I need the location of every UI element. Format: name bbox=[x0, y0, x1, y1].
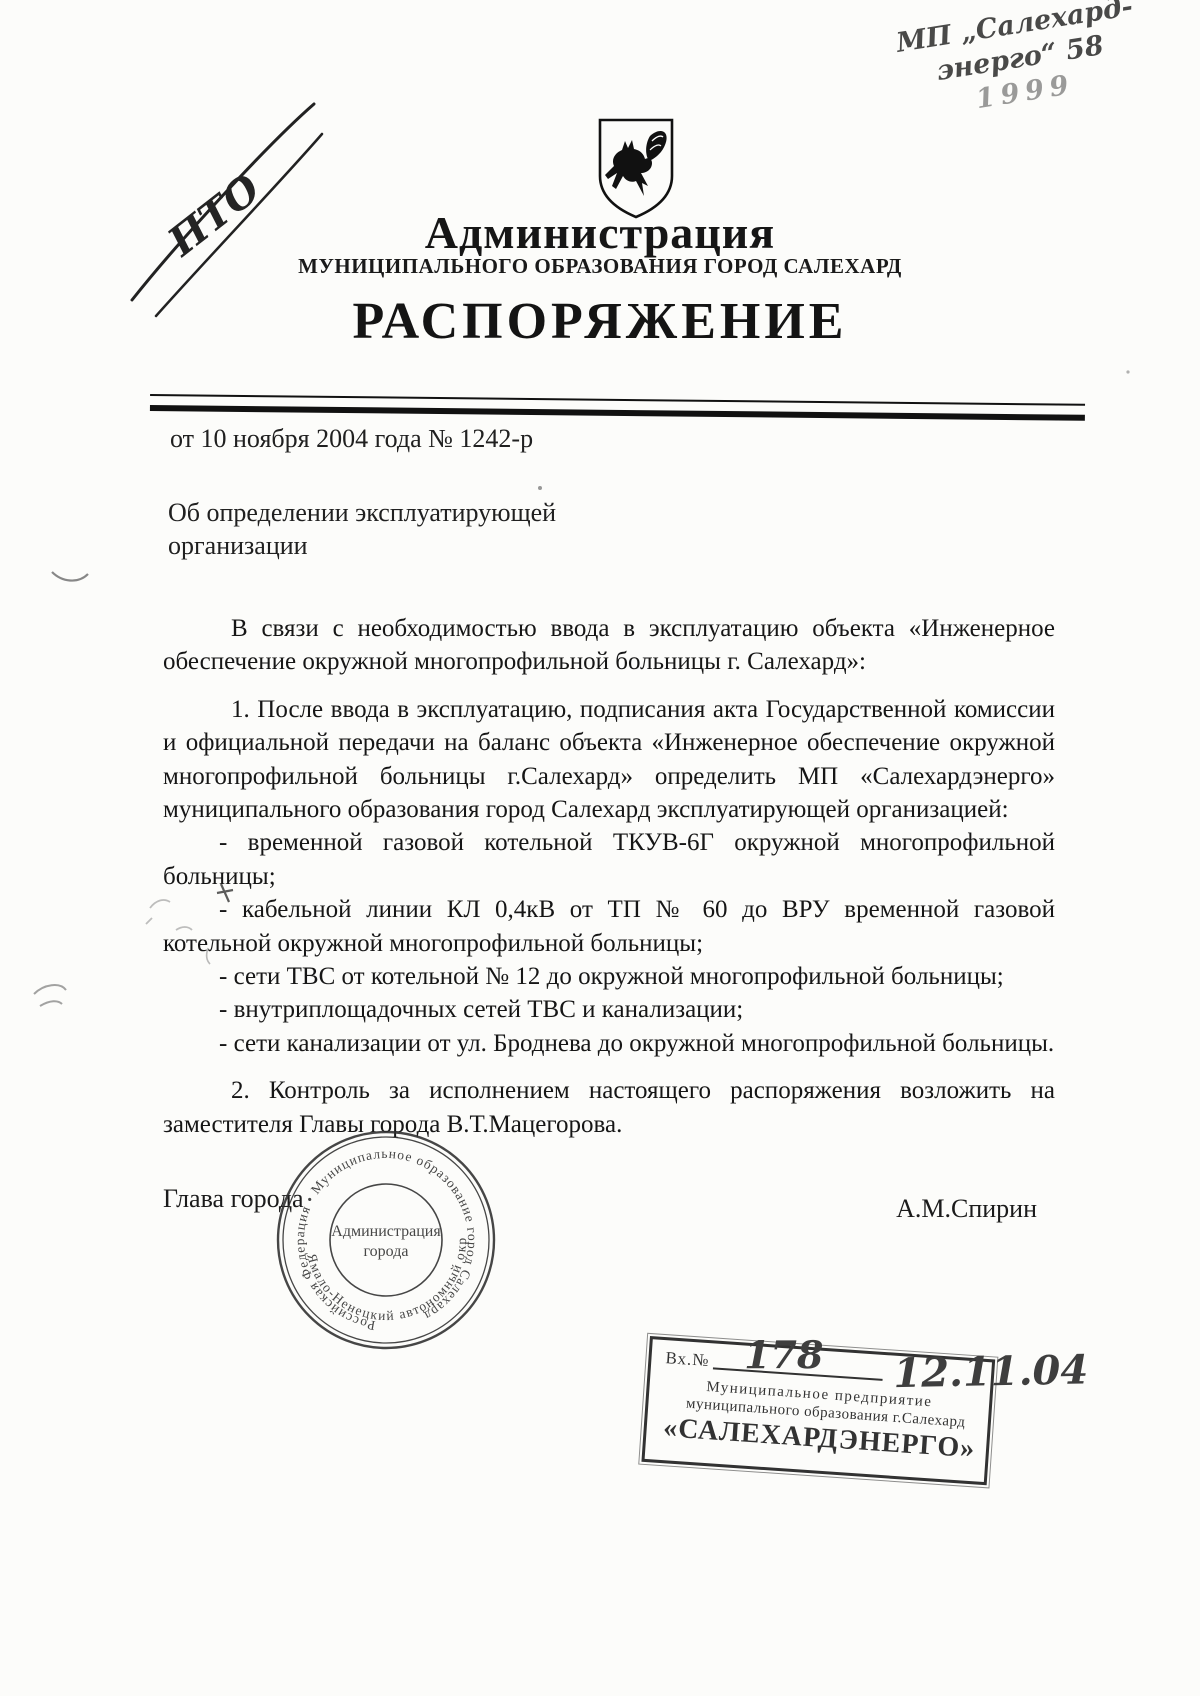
intro-paragraph: В связи с необходимостью ввода в эксплуа… bbox=[163, 612, 1055, 679]
header-divider-rule bbox=[150, 394, 1085, 421]
list-item: - сети ТВС от котельной № 12 до окружной… bbox=[163, 960, 1055, 993]
list-item: - временной газовой котельной ТКУВ-6Г ок… bbox=[163, 826, 1055, 893]
list-item: - сети канализации от ул. Броднева до ок… bbox=[163, 1027, 1055, 1060]
list-item: - внутриплощадочных сетей ТВС и канализа… bbox=[163, 993, 1055, 1026]
org-subtitle: МУНИЦИПАЛЬНОГО ОБРАЗОВАНИЯ ГОРОД САЛЕХАР… bbox=[0, 254, 1200, 279]
handwritten-incoming-number: 178 bbox=[744, 1332, 823, 1377]
salekhardenergo-rect-stamp: Вх.№ 178 12.11.04 Муниципальное предприя… bbox=[641, 1336, 995, 1485]
scanned-document-page: ПТО МП „Салехард- энерго“ 58 1999 Админи… bbox=[0, 0, 1200, 1696]
stamp-center-line1: Администрация bbox=[331, 1223, 441, 1240]
subject-line: организации bbox=[168, 529, 556, 562]
fox-silhouette bbox=[605, 131, 667, 196]
stamp-center-line2: города bbox=[364, 1243, 409, 1260]
org-title: Администрация bbox=[0, 206, 1200, 259]
document-date-number: от 10 ноября 2004 года № 1242-р bbox=[170, 424, 533, 454]
list-item: - кабельной линии КЛ 0,4кВ от ТП № 60 до… bbox=[163, 893, 1055, 960]
paragraph-1: 1. После ввода в эксплуатацию, подписани… bbox=[163, 693, 1055, 827]
document-subject: Об определении эксплуатирующей организац… bbox=[168, 496, 556, 562]
subject-line: Об определении эксплуатирующей bbox=[168, 496, 556, 529]
handwritten-corner-note: МП „Салехард- энерго“ 58 1999 bbox=[849, 0, 1191, 135]
document-body: В связи с необходимостью ввода в эксплуа… bbox=[163, 612, 1055, 1141]
administration-round-stamp: Российская Федерация • Муниципальное обр… bbox=[272, 1126, 500, 1354]
handwritten-incoming-date: 12.11.04 bbox=[893, 1346, 1089, 1397]
signer-name: А.М.Спирин bbox=[896, 1194, 1037, 1224]
handwritten-signature-flourish: ПТО bbox=[118, 82, 328, 322]
document-type-title: РАСПОРЯЖЕНИЕ bbox=[0, 292, 1200, 351]
